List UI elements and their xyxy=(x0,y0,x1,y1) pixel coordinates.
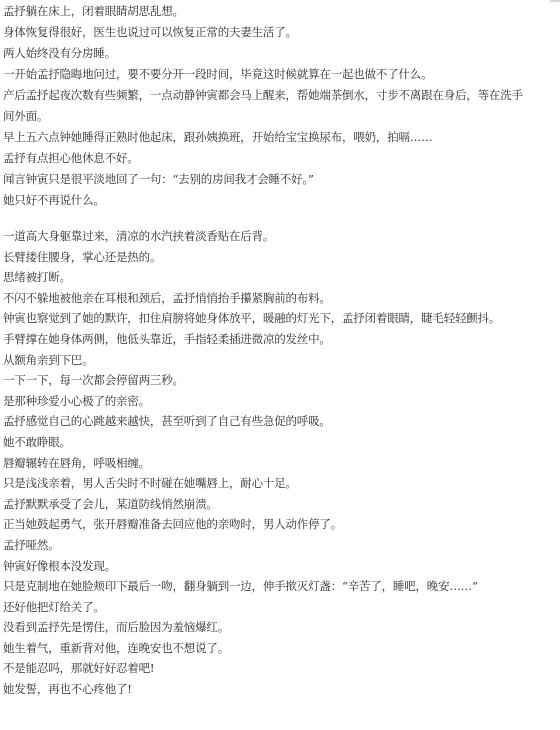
text-line: 她发誓，再也不心疼他了! xyxy=(3,679,500,700)
paragraph-block-1: 孟抒躺在床上，闭着眼睛胡思乱想。 身体恢复得很好，医生也说过可以恢复正常的夫妻生… xyxy=(3,1,523,211)
text-line: 只是克制地在她脸颊印下最后一吻，翻身躺到一边，伸手揿灭灯盏：“辛苦了，睡吧，晚安… xyxy=(3,576,500,597)
text-line: 思绪被打断。 xyxy=(3,267,500,288)
text-line: 手臂撑在她身体两侧，他低头靠近，手指轻柔插进微凉的发丝中。 xyxy=(3,329,500,350)
text-line: 孟抒哑然。 xyxy=(3,535,500,556)
text-line: 钟寅好像根本没发现。 xyxy=(3,556,500,577)
text-line: 一下一下，每一次都会停留两三秒。 xyxy=(3,370,500,391)
text-line: 她生着气，重新背对他，连晚安也不想说了。 xyxy=(3,638,500,659)
text-line: 孟抒默默承受了会儿，某道防线悄然崩溃。 xyxy=(3,494,500,515)
text-line: 闻言钟寅只是很平淡地回了一句：“去别的房间我才会睡不好。” xyxy=(3,169,523,190)
text-line: 早上五六点钟她睡得正熟时他起床，跟孙姨换班，开始给宝宝换尿布，喂奶，拍嗝…… xyxy=(3,127,523,148)
text-line: 孟抒有点担心他休息不好。 xyxy=(3,148,523,169)
text-line: 长臂搂住腰身，掌心还是热的。 xyxy=(3,247,500,268)
scroll-indicator xyxy=(550,0,560,2)
text-line: 一道高大身躯靠过来，清凉的水汽挟着淡香贴在后背。 xyxy=(3,226,500,247)
text-line: 身体恢复得很好，医生也说过可以恢复正常的夫妻生活了。 xyxy=(3,22,523,43)
text-line: 她不敢睁眼。 xyxy=(3,432,500,453)
text-line: 孟抒感觉自己的心跳越来越快，甚至听到了自己有些急促的呼吸。 xyxy=(3,411,500,432)
text-line: 一开始孟抒隐晦地问过，要不要分开一段时间，毕竟这时候就算在一起也做不了什么。 xyxy=(3,64,523,85)
text-line: 还好他把灯给关了。 xyxy=(3,597,500,618)
text-line: 间外面。 xyxy=(3,106,523,127)
text-line: 钟寅也察觉到了她的默许，扣住肩膀将她身体放平，暖融的灯光下，孟抒闭着眼睛，睫毛轻… xyxy=(3,308,500,329)
text-line: 不闪不躲地被他亲在耳根和颈后，孟抒悄悄抬手攥紧胸前的布料。 xyxy=(3,288,500,309)
paragraph-block-2: 一道高大身躯靠过来，清凉的水汽挟着淡香贴在后背。 长臂搂住腰身，掌心还是热的。 … xyxy=(3,226,500,700)
text-line: 只是浅浅亲着，男人舌尖时不时碰在她嘴唇上，耐心十足。 xyxy=(3,473,500,494)
text-line: 唇瓣辗转在唇角，呼吸相缠。 xyxy=(3,453,500,474)
text-line: 两人始终没有分房睡。 xyxy=(3,43,523,64)
text-line: 她只好不再说什么。 xyxy=(3,190,523,211)
text-line: 从额角亲到下巴。 xyxy=(3,350,500,371)
text-line: 孟抒躺在床上，闭着眼睛胡思乱想。 xyxy=(3,1,523,22)
text-line: 不是能忍吗，那就好好忍着吧! xyxy=(3,658,500,679)
text-line: 正当她鼓起勇气，张开唇瓣准备去回应他的亲吻时，男人动作停了。 xyxy=(3,514,500,535)
text-line: 产后孟抒起夜次数有些频繁，一点动静钟寅都会马上醒来，帮她端茶倒水，寸步不离跟在身… xyxy=(3,85,523,106)
text-line: 是那种珍爱小心极了的亲密。 xyxy=(3,391,500,412)
text-line: 没看到孟抒先是愣住，而后脸因为羞恼爆红。 xyxy=(3,617,500,638)
